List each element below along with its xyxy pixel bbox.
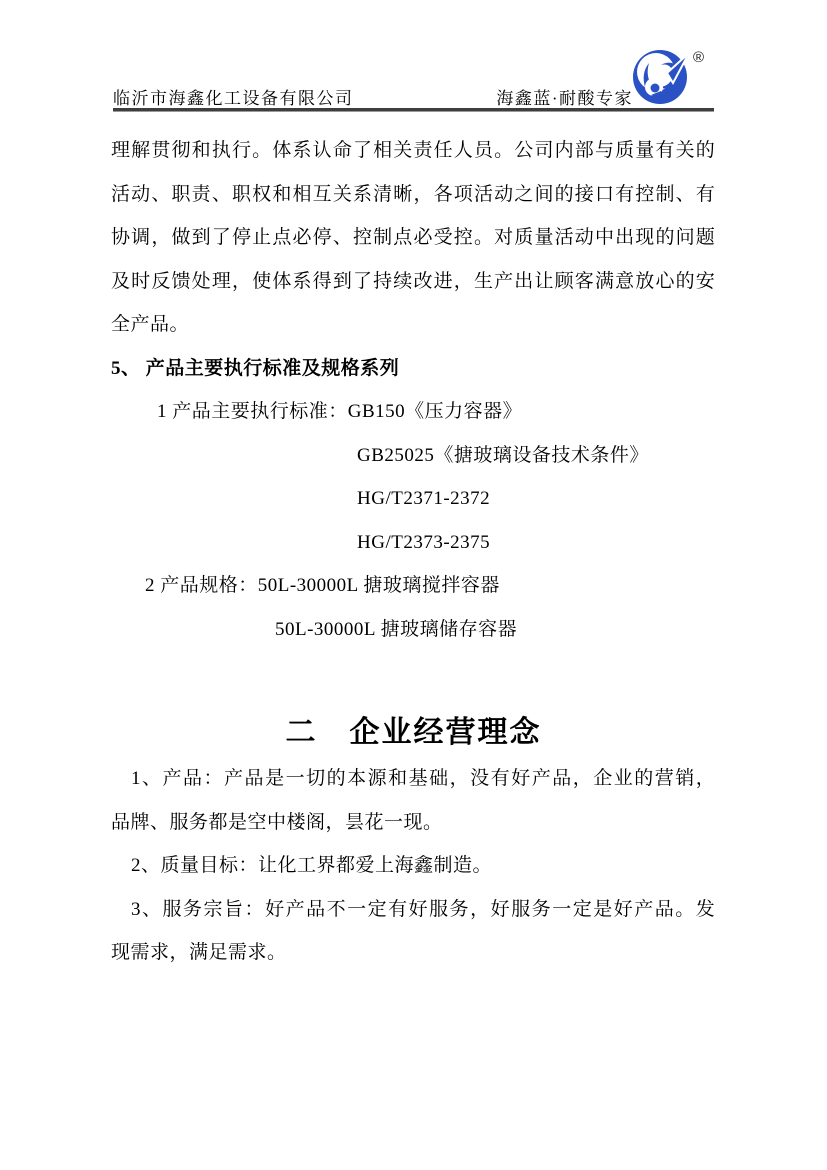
document-page: 临沂市海鑫化工设备有限公司 海鑫蓝·耐酸专家 ® 理解贯彻和执行。体系认命了相关… bbox=[0, 0, 827, 1170]
body-line: 1、产品：产品是一切的本源和基础，没有好产品，企业的营销， bbox=[111, 757, 715, 801]
standard-line: HG/T2373-2375 bbox=[111, 521, 715, 565]
body-line: 现需求，满足需求。 bbox=[111, 931, 715, 975]
philosophy-section: 1、产品：产品是一切的本源和基础，没有好产品，企业的营销， 品牌、服务都是空中楼… bbox=[111, 757, 715, 975]
haixin-logo-icon bbox=[631, 43, 695, 107]
body-line: 及时反馈处理，使体系得到了持续改进，生产出让顾客满意放心的安 bbox=[111, 260, 715, 304]
standard-line: GB25025《搪玻璃设备技术条件》 bbox=[111, 434, 715, 478]
header-rule bbox=[113, 108, 714, 112]
body-line: 品牌、服务都是空中楼阁，昙花一现。 bbox=[111, 801, 715, 845]
standard-line: 2 产品规格：50L-30000L 搪玻璃搅拌容器 bbox=[111, 564, 715, 608]
header-company-name: 临沂市海鑫化工设备有限公司 bbox=[113, 84, 354, 109]
body-line: 3、服务宗旨：好产品不一定有好服务，好服务一定是好产品。发 bbox=[111, 888, 715, 932]
section-title: 二 企业经营理念 bbox=[0, 706, 827, 760]
body-line: 协调，做到了停止点必停、控制点必受控。对质量活动中出现的问题 bbox=[111, 216, 715, 260]
body-line: 理解贯彻和执行。体系认命了相关责任人员。公司内部与质量有关的 bbox=[111, 129, 715, 173]
standard-line: 1 产品主要执行标准：GB150《压力容器》 bbox=[111, 390, 715, 434]
body-line: 2、质量目标：让化工界都爱上海鑫制造。 bbox=[111, 844, 715, 888]
body-line: 全产品。 bbox=[111, 303, 715, 347]
standards-heading: 5、 产品主要执行标准及规格系列 bbox=[111, 347, 715, 391]
standard-line: HG/T2371-2372 bbox=[111, 477, 715, 521]
quality-section: 理解贯彻和执行。体系认命了相关责任人员。公司内部与质量有关的 活动、职责、职权和… bbox=[111, 129, 715, 651]
standard-line: 50L-30000L 搪玻璃储存容器 bbox=[111, 608, 715, 652]
registered-trademark-icon: ® bbox=[693, 49, 704, 66]
header-slogan: 海鑫蓝·耐酸专家 bbox=[496, 84, 633, 109]
body-line: 活动、职责、职权和相互关系清晰，各项活动之间的接口有控制、有 bbox=[111, 173, 715, 217]
